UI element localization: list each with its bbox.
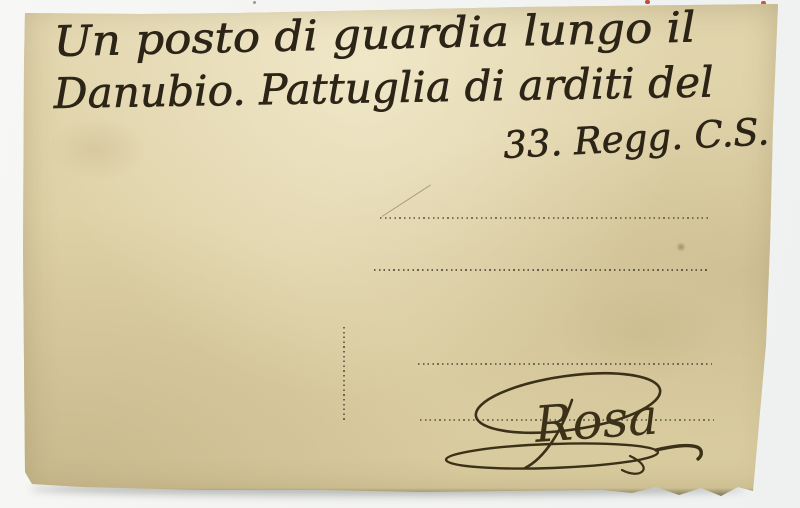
handwriting-line-2: Danubio. Pattuglia di arditi del — [52, 57, 714, 118]
signature-name: Rosa — [532, 388, 660, 455]
signature-end-hook — [656, 446, 701, 459]
handwriting-line-3: 33. Regg. C.S. — [502, 110, 770, 167]
postcard: Un posto di guardia lungo il Danubio. Pa… — [22, 4, 778, 496]
handwriting-line-1: Un posto di guardia lungo il — [53, 4, 696, 66]
red-speck — [645, 0, 650, 4]
scan-background: Un posto di guardia lungo il Danubio. Pa… — [0, 0, 800, 508]
dust-speck — [253, 1, 256, 4]
handwriting-layer: Un posto di guardia lungo il Danubio. Pa… — [22, 4, 778, 496]
signature: Rosa — [446, 363, 702, 473]
